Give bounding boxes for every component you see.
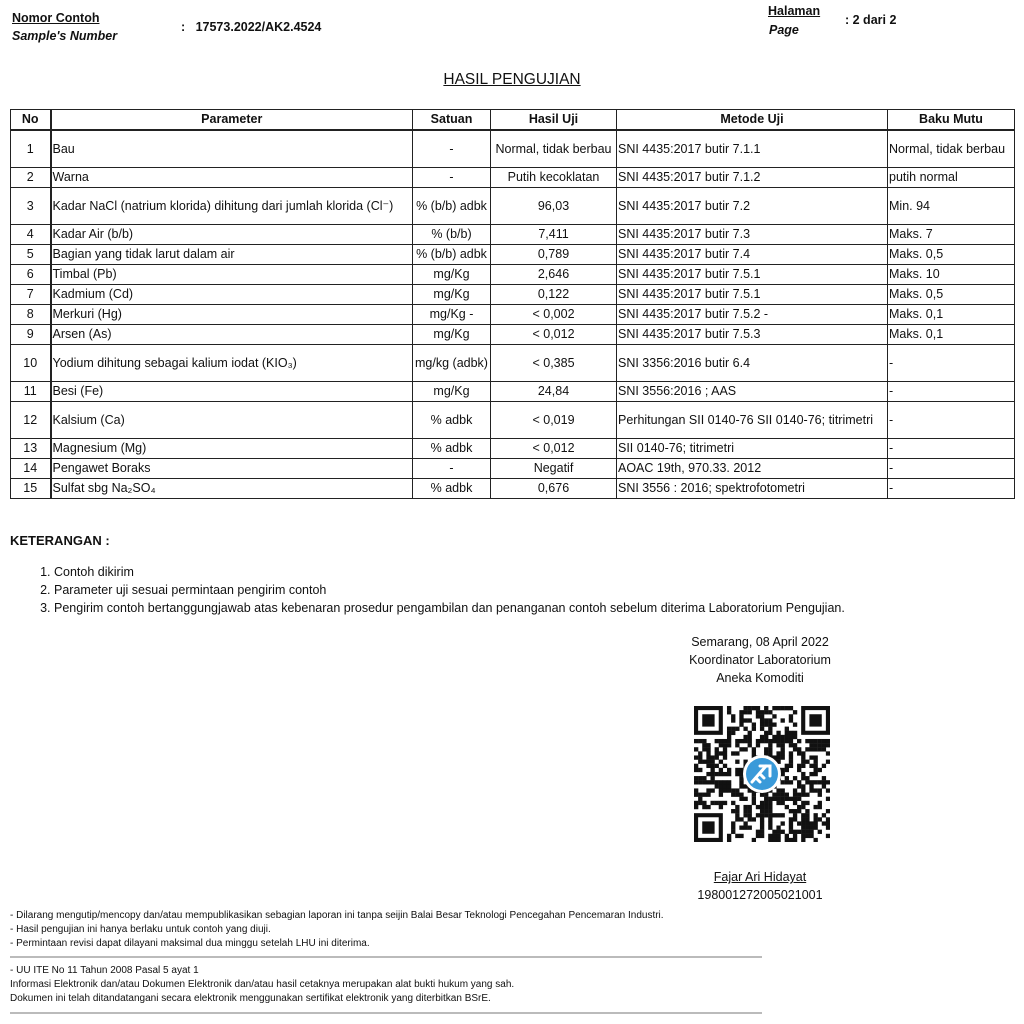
cell-baku-mutu: -	[888, 439, 1015, 459]
sample-number-label-en: Sample's Number	[12, 29, 117, 43]
footer-divider	[10, 956, 762, 958]
page-label: Halaman	[768, 4, 820, 18]
cell-baku-mutu: -	[888, 479, 1015, 499]
table-row: 3Kadar NaCl (natrium klorida) dihitung d…	[11, 188, 1015, 225]
cell-parameter: Yodium dihitung sebagai kalium iodat (KI…	[51, 345, 413, 382]
page-number-value: : 2 dari 2	[845, 13, 896, 27]
footer-disclaimer: - Hasil pengujian ini hanya berlaku untu…	[10, 923, 664, 937]
footer-legal-line: - UU ITE No 11 Tahun 2008 Pasal 5 ayat 1	[10, 964, 514, 978]
signature-block: Semarang, 08 April 2022 Koordinator Labo…	[620, 633, 900, 687]
cell-metode-uji: SNI 4435:2017 butir 7.3	[617, 225, 888, 245]
cell-satuan: mg/Kg	[413, 382, 491, 402]
column-header-no: No	[11, 110, 51, 131]
cell-parameter: Magnesium (Mg)	[51, 439, 413, 459]
signatory-name: Fajar Ari Hidayat	[620, 868, 900, 886]
cell-parameter: Kalsium (Ca)	[51, 402, 413, 439]
table-row: 13Magnesium (Mg)% adbk< 0,012SII 0140-76…	[11, 439, 1015, 459]
cell-satuan: % adbk	[413, 479, 491, 499]
qr-code-icon[interactable]	[694, 706, 830, 842]
footer-divider	[10, 1012, 762, 1014]
footer-disclaimer: - Permintaan revisi dapat dilayani maksi…	[10, 937, 664, 951]
cell-metode-uji: SNI 4435:2017 butir 7.1.2	[617, 168, 888, 188]
cell-hasil-uji: < 0,012	[491, 439, 617, 459]
column-header-metode-uji: Metode Uji	[617, 110, 888, 131]
table-row: 5Bagian yang tidak larut dalam air% (b/b…	[11, 245, 1015, 265]
footer-disclaimer: - Dilarang mengutip/mencopy dan/atau mem…	[10, 909, 664, 923]
cell-baku-mutu: -	[888, 402, 1015, 439]
cell-baku-mutu: Maks. 0,5	[888, 245, 1015, 265]
signatory-nip: 198001272005021001	[620, 886, 900, 904]
table-row: 9Arsen (As)mg/Kg< 0,012SNI 4435:2017 but…	[11, 325, 1015, 345]
note-item: Parameter uji sesuai permintaan pengirim…	[54, 581, 845, 599]
footer-legal-line: Informasi Elektronik dan/atau Dokumen El…	[10, 978, 514, 992]
note-item: Contoh dikirim	[54, 563, 845, 581]
cell-hasil-uji: 0,789	[491, 245, 617, 265]
cell-parameter: Sulfat sbg Na₂SO₄	[51, 479, 413, 499]
column-header-hasil-uji: Hasil Uji	[491, 110, 617, 131]
cell-no: 6	[11, 265, 51, 285]
cell-satuan: % adbk	[413, 402, 491, 439]
cell-hasil-uji: < 0,019	[491, 402, 617, 439]
cell-metode-uji: SNI 3356:2016 butir 6.4	[617, 345, 888, 382]
cell-metode-uji: SNI 4435:2017 butir 7.2	[617, 188, 888, 225]
footer-disclaimers: - Dilarang mengutip/mencopy dan/atau mem…	[10, 909, 664, 951]
table-row: 7Kadmium (Cd)mg/Kg0,122SNI 4435:2017 but…	[11, 285, 1015, 305]
cell-parameter: Kadmium (Cd)	[51, 285, 413, 305]
cell-metode-uji: SNI 3556 : 2016; spektrofotometri	[617, 479, 888, 499]
cell-baku-mutu: Maks. 7	[888, 225, 1015, 245]
cell-no: 7	[11, 285, 51, 305]
cell-baku-mutu: Normal, tidak berbau	[888, 130, 1015, 168]
cell-metode-uji: Perhitungan SII 0140-76 SII 0140-76; tit…	[617, 402, 888, 439]
sample-number-value: : 17573.2022/AK2.4524	[181, 20, 321, 34]
sample-number-label: Nomor Contoh	[12, 11, 99, 25]
cell-metode-uji: SNI 4435:2017 butir 7.5.3	[617, 325, 888, 345]
table-row: 10Yodium dihitung sebagai kalium iodat (…	[11, 345, 1015, 382]
table-header-row: No Parameter Satuan Hasil Uji Metode Uji…	[11, 110, 1015, 131]
cell-baku-mutu: putih normal	[888, 168, 1015, 188]
cell-no: 11	[11, 382, 51, 402]
cell-no: 10	[11, 345, 51, 382]
cell-baku-mutu: Maks. 0,5	[888, 285, 1015, 305]
cell-satuan: mg/Kg	[413, 265, 491, 285]
cell-no: 12	[11, 402, 51, 439]
cell-parameter: Kadar Air (b/b)	[51, 225, 413, 245]
cell-satuan: -	[413, 459, 491, 479]
table-row: 4Kadar Air (b/b)% (b/b)7,411SNI 4435:201…	[11, 225, 1015, 245]
cell-hasil-uji: < 0,012	[491, 325, 617, 345]
cell-parameter: Besi (Fe)	[51, 382, 413, 402]
cell-satuan: mg/Kg	[413, 325, 491, 345]
document-title: HASIL PENGUJIAN	[0, 71, 1024, 89]
cell-baku-mutu: Min. 94	[888, 188, 1015, 225]
table-row: 14Pengawet Boraks-NegatifAOAC 19th, 970.…	[11, 459, 1015, 479]
cell-no: 3	[11, 188, 51, 225]
cell-metode-uji: SII 0140-76; titrimetri	[617, 439, 888, 459]
cell-satuan: % adbk	[413, 439, 491, 459]
cell-hasil-uji: 7,411	[491, 225, 617, 245]
cell-metode-uji: SNI 4435:2017 butir 7.1.1	[617, 130, 888, 168]
cell-no: 13	[11, 439, 51, 459]
table-row: 8Merkuri (Hg)mg/Kg -< 0,002SNI 4435:2017…	[11, 305, 1015, 325]
cell-parameter: Arsen (As)	[51, 325, 413, 345]
table-row: 15Sulfat sbg Na₂SO₄% adbk0,676SNI 3556 :…	[11, 479, 1015, 499]
page-label-en: Page	[769, 23, 799, 37]
cell-metode-uji: SNI 4435:2017 butir 7.5.2 -	[617, 305, 888, 325]
cell-no: 4	[11, 225, 51, 245]
table-row: 11Besi (Fe)mg/Kg24,84SNI 3556:2016 ; AAS…	[11, 382, 1015, 402]
table-row: 2Warna-Putih kecoklatanSNI 4435:2017 but…	[11, 168, 1015, 188]
cell-hasil-uji: 0,122	[491, 285, 617, 305]
cell-satuan: mg/Kg -	[413, 305, 491, 325]
cell-hasil-uji: 24,84	[491, 382, 617, 402]
cell-no: 15	[11, 479, 51, 499]
cell-baku-mutu: Maks. 0,1	[888, 325, 1015, 345]
cell-hasil-uji: Normal, tidak berbau	[491, 130, 617, 168]
footer-legal: - UU ITE No 11 Tahun 2008 Pasal 5 ayat 1…	[10, 964, 514, 1006]
cell-baku-mutu: Maks. 0,1	[888, 305, 1015, 325]
cell-parameter: Pengawet Boraks	[51, 459, 413, 479]
cell-metode-uji: SNI 4435:2017 butir 7.5.1	[617, 285, 888, 305]
signature-role-1: Koordinator Laboratorium	[620, 651, 900, 669]
table-row: 1Bau-Normal, tidak berbauSNI 4435:2017 b…	[11, 130, 1015, 168]
cell-parameter: Timbal (Pb)	[51, 265, 413, 285]
cell-parameter: Bagian yang tidak larut dalam air	[51, 245, 413, 265]
cell-baku-mutu: -	[888, 459, 1015, 479]
cell-hasil-uji: 0,676	[491, 479, 617, 499]
cell-no: 1	[11, 130, 51, 168]
footer-legal-line: Dokumen ini telah ditandatangani secara …	[10, 992, 514, 1006]
cell-satuan: mg/kg (adbk)	[413, 345, 491, 382]
cell-hasil-uji: 2,646	[491, 265, 617, 285]
cell-hasil-uji: Putih kecoklatan	[491, 168, 617, 188]
signature-role-2: Aneka Komoditi	[620, 669, 900, 687]
cell-metode-uji: SNI 3556:2016 ; AAS	[617, 382, 888, 402]
cell-metode-uji: SNI 4435:2017 butir 7.5.1	[617, 265, 888, 285]
cell-hasil-uji: < 0,002	[491, 305, 617, 325]
table-row: 6Timbal (Pb)mg/Kg2,646SNI 4435:2017 buti…	[11, 265, 1015, 285]
note-item: Pengirim contoh bertanggungjawab atas ke…	[54, 599, 845, 617]
cell-satuan: -	[413, 168, 491, 188]
cell-parameter: Kadar NaCl (natrium klorida) dihitung da…	[51, 188, 413, 225]
column-header-parameter: Parameter	[51, 110, 413, 131]
cell-metode-uji: SNI 4435:2017 butir 7.4	[617, 245, 888, 265]
cell-no: 8	[11, 305, 51, 325]
cell-baku-mutu: Maks. 10	[888, 265, 1015, 285]
cell-hasil-uji: Negatif	[491, 459, 617, 479]
cell-hasil-uji: 96,03	[491, 188, 617, 225]
cell-baku-mutu: -	[888, 382, 1015, 402]
cell-no: 2	[11, 168, 51, 188]
cell-metode-uji: AOAC 19th, 970.33. 2012	[617, 459, 888, 479]
cell-parameter: Warna	[51, 168, 413, 188]
cell-satuan: % (b/b)	[413, 225, 491, 245]
cell-no: 14	[11, 459, 51, 479]
cell-parameter: Bau	[51, 130, 413, 168]
cell-satuan: -	[413, 130, 491, 168]
cell-no: 9	[11, 325, 51, 345]
cell-satuan: % (b/b) adbk	[413, 245, 491, 265]
cell-baku-mutu: -	[888, 345, 1015, 382]
cell-satuan: mg/Kg	[413, 285, 491, 305]
notes-list: Contoh dikirim Parameter uji sesuai perm…	[22, 563, 845, 617]
cell-satuan: % (b/b) adbk	[413, 188, 491, 225]
table-row: 12Kalsium (Ca)% adbk< 0,019Perhitungan S…	[11, 402, 1015, 439]
signature-place-date: Semarang, 08 April 2022	[620, 633, 900, 651]
results-table: No Parameter Satuan Hasil Uji Metode Uji…	[10, 109, 1015, 499]
column-header-satuan: Satuan	[413, 110, 491, 131]
cell-parameter: Merkuri (Hg)	[51, 305, 413, 325]
cell-hasil-uji: < 0,385	[491, 345, 617, 382]
cell-no: 5	[11, 245, 51, 265]
notes-title: KETERANGAN :	[10, 533, 110, 548]
column-header-baku-mutu: Baku Mutu	[888, 110, 1015, 131]
